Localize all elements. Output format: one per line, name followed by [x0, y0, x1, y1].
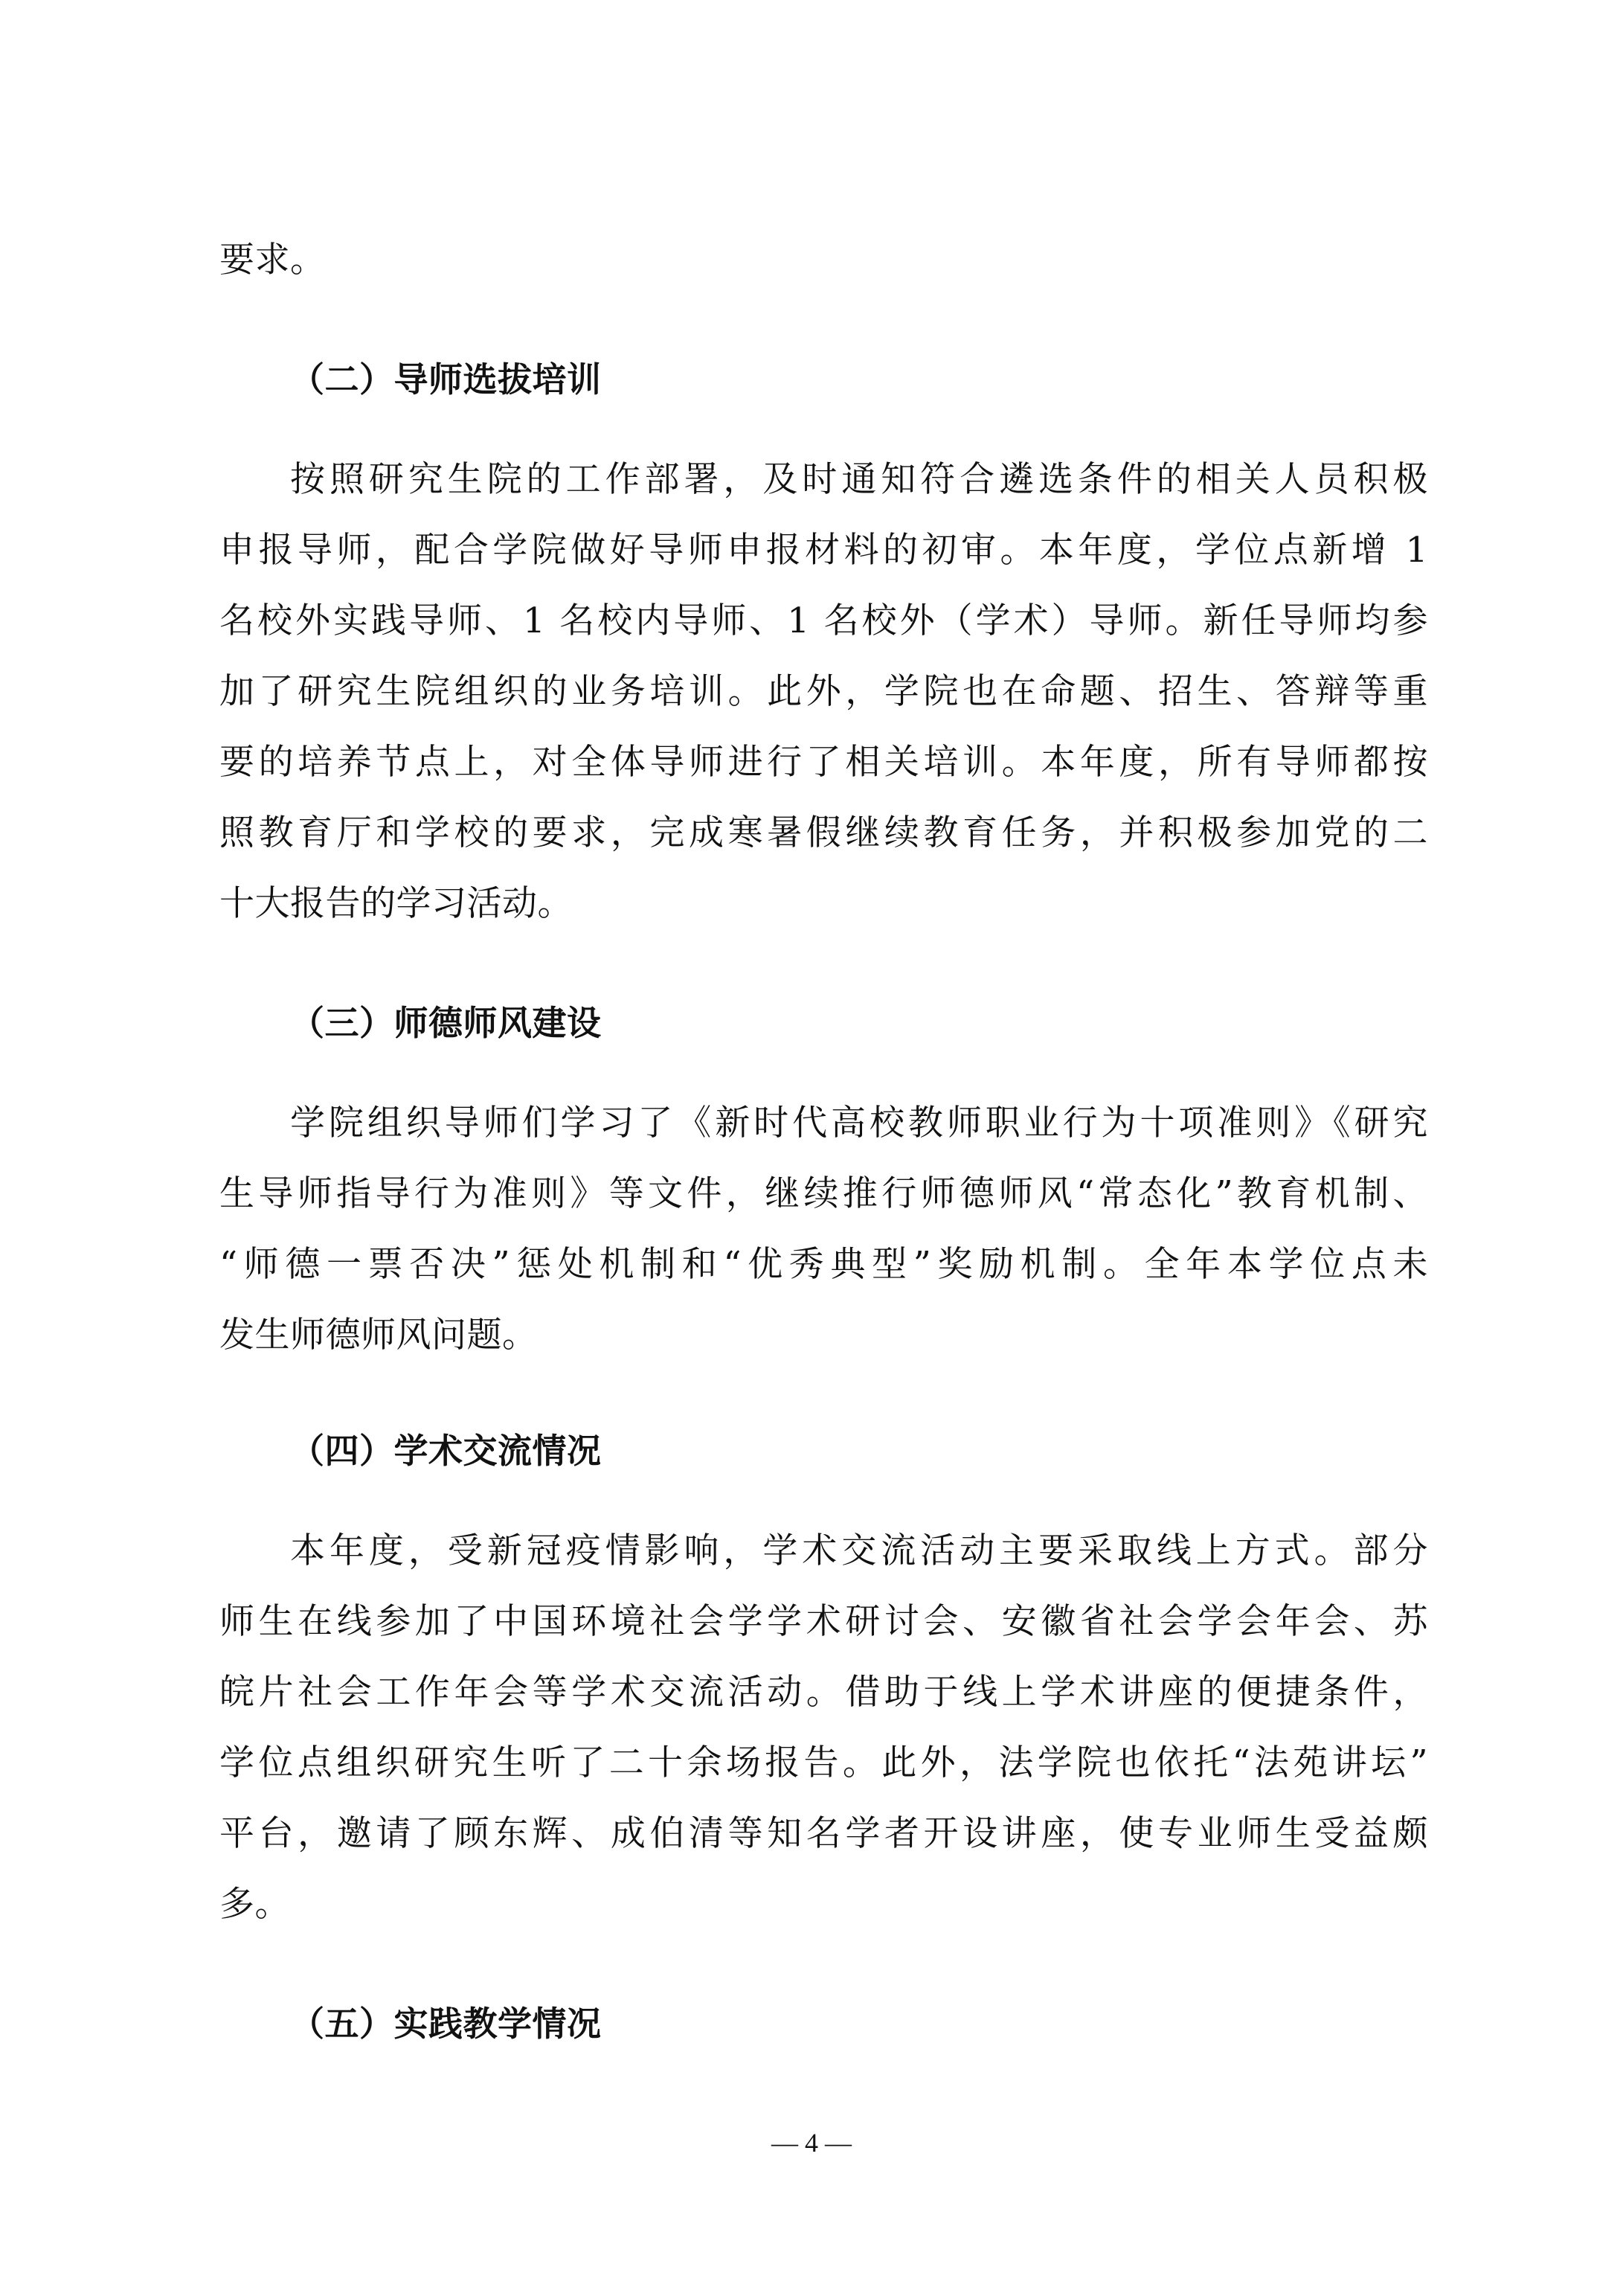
- paragraph-line: 十大报告的学习活动。: [219, 882, 1428, 926]
- paragraph-line: 多。: [219, 1882, 1428, 1927]
- paragraph-line: 学位点组织研究生听了二十余场报告。此外，法学院也依托“法苑讲坛”: [219, 1741, 1428, 1786]
- section-heading-3: （三）师德师风建设: [290, 1001, 1499, 1045]
- section-heading-5: （五）实践教学情况: [290, 2001, 1499, 2046]
- paragraph-line: 学院组织导师们学习了《新时代高校教师职业行为十项准则》《研究: [290, 1101, 1428, 1146]
- continuation-text: 要求。: [219, 238, 1428, 283]
- section-heading-4: （四）学术交流情况: [290, 1428, 1499, 1473]
- paragraph-line: 本年度，受新冠疫情影响，学术交流活动主要采取线上方式。部分: [290, 1529, 1428, 1574]
- document-page: 要求。 （二）导师选拔培训 按照研究生院的工作部署，及时通知符合遴选条件的相关人…: [0, 0, 1623, 2296]
- paragraph-line: 平台，邀请了顾东辉、成伯清等知名学者开设讲座，使专业师生受益颇: [219, 1812, 1428, 1856]
- section-heading-2: （二）导师选拔培训: [290, 357, 1499, 402]
- paragraph-line: 皖片社会工作年会等学术交流活动。借助于线上学术讲座的便捷条件，: [219, 1670, 1428, 1715]
- paragraph-line: 生导师指导行为准则》等文件，继续推行师德师风“常态化”教育机制、: [219, 1172, 1428, 1216]
- paragraph-line: 照教育厅和学校的要求，完成寒暑假继续教育任务，并积极参加党的二: [219, 811, 1428, 856]
- paragraph-line: 发生师德师风问题。: [219, 1313, 1428, 1358]
- paragraph-line: 加了研究生院组织的业务培训。此外，学院也在命题、招生、答辩等重: [219, 670, 1428, 714]
- paragraph-line: 师生在线参加了中国环境社会学学术研讨会、安徽省社会学会年会、苏: [219, 1600, 1428, 1644]
- paragraph-line: 要的培养节点上，对全体导师进行了相关培训。本年度，所有导师都按: [219, 740, 1428, 785]
- paragraph-line: “师德一票否决”惩处机制和“优秀典型”奖励机制。全年本学位点未: [219, 1242, 1428, 1287]
- page-number: — 4 —: [0, 2126, 1623, 2159]
- paragraph-line: 名校外实践导师、1 名校内导师、1 名校外（学术）导师。新任导师均参: [219, 599, 1428, 644]
- paragraph-line: 申报导师，配合学院做好导师申报材料的初审。本年度，学位点新增 1: [219, 528, 1428, 573]
- paragraph-line: 按照研究生院的工作部署，及时通知符合遴选条件的相关人员积极: [290, 458, 1428, 502]
